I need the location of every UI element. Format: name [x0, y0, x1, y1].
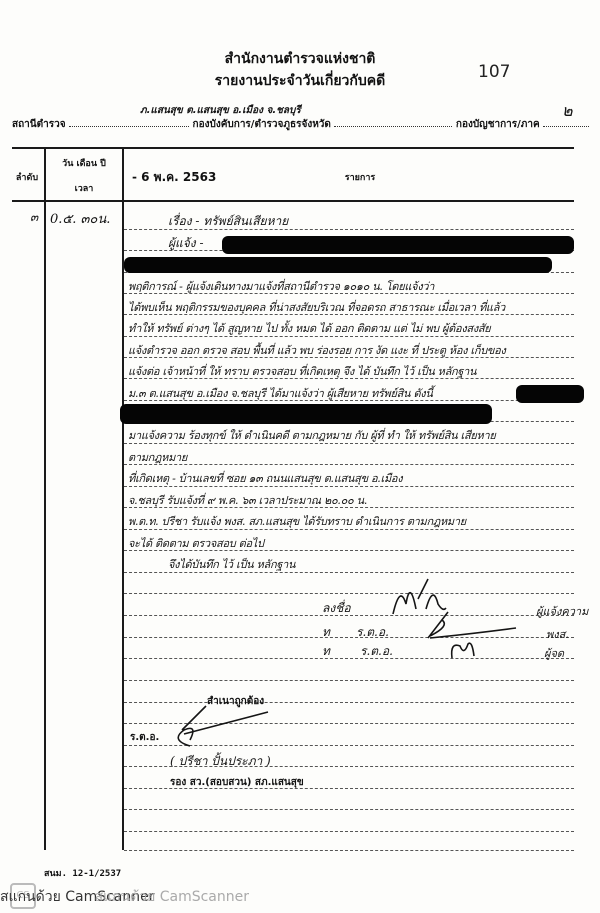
- redaction-suspect: [516, 385, 584, 403]
- station-label: สถานีตำรวจ: [12, 119, 66, 130]
- date-value: - 6 พ.ค. 2563: [132, 168, 216, 187]
- officer-position: รอง สว.(สอบสวน) สภ.แสนสุข: [170, 775, 304, 790]
- entry-line: แจ้งต่อ เจ้าหน้าที่ ให้ ทราบ ตรวจสอบ ที่…: [128, 362, 578, 380]
- rank1-prefix: ท: [322, 623, 330, 642]
- entry-line: จ.ชลบุรี รับแจ้งที่ ๙ พ.ค. ๖๓ เวลาประมาณ…: [128, 491, 578, 509]
- certifier-signature: [160, 700, 270, 750]
- reporter-label: ผู้แจ้ง -: [168, 234, 204, 253]
- entry-subject: เรื่อง - ทรัพย์สินเสียหาย: [168, 212, 288, 231]
- entry-line: ทำให้ ทรัพย์ ต่างๆ ได้ สูญหาย ไป ทั้ง หม…: [128, 319, 578, 337]
- entry-line: จะได้ ติดตาม ตรวจสอบ ต่อไป: [128, 534, 578, 552]
- entry-line: พฤติการณ์ - ผู้แจ้งเดินทางมาแจ้งที่สถานี…: [128, 277, 578, 295]
- page-number: 107: [478, 62, 510, 82]
- ruled-line: [124, 831, 574, 832]
- rank1: ร.ต.อ.: [356, 623, 389, 642]
- form-code: สนม. 12-1/2537: [44, 866, 121, 880]
- entry-line: ตามกฎหมาย: [128, 448, 578, 466]
- ruled-line: [124, 593, 574, 594]
- watermark-ghost-text: สแกนด้วย CamScanner: [95, 889, 250, 905]
- role2: ผู้จด: [544, 644, 564, 662]
- signed-label: ลงชื่อ: [322, 599, 351, 618]
- rank2-prefix: ท: [322, 642, 330, 661]
- provincial-label: กองบังคับการ/ตำรวจภูธรจังหวัด: [193, 119, 331, 130]
- table-top-border: [12, 147, 574, 149]
- provincial-dots: [334, 117, 452, 127]
- entry-line: แจ้งตำรวจ ออก ตรวจ สอบ พื้นที่ แล้ว พบ ร…: [128, 341, 578, 359]
- col-date-header-1: วัน เดือน ปี: [46, 156, 122, 170]
- officer-name: ( ปรีชา ปั้นประภา ): [170, 752, 271, 771]
- table-header-border: [12, 200, 574, 202]
- redaction-reporter-address: [124, 257, 552, 273]
- redaction-victim-details: [120, 404, 492, 424]
- entry-time: 0.๕. ๓๐น.: [50, 208, 110, 229]
- entry-line: จึงได้บันทึก ไว้ เป็น หลักฐาน: [168, 555, 600, 573]
- officer-rank: ร.ต.อ.: [130, 730, 159, 745]
- entry-line: ได้พบเห็น พฤติกรรมของบุคคล ที่น่าสงสัยบร…: [128, 298, 578, 316]
- entry-line: ที่เกิดเหตุ - บ้านเลขที่ ซอย ๑๓ ถนนแสนสุ…: [128, 469, 578, 487]
- station-dots: [69, 117, 189, 127]
- camscanner-watermark: สแกนด้วย CamScannerสแกนด้วย CamScanner: [0, 886, 249, 908]
- col-seq-header: ลำดับ: [10, 170, 44, 184]
- entry-line: ม.๓ ต.แสนสุข อ.เมือง จ.ชลบุรี ได้มาแจ้งว…: [128, 384, 518, 402]
- rank2: ร.ต.อ.: [360, 642, 393, 661]
- col-items-header: รายการ: [330, 170, 390, 184]
- role1: พงส.: [546, 625, 569, 643]
- ruled-line: [124, 809, 574, 810]
- entry-line: พ.ต.ท. ปรีชา รับแจ้ง พงส. สภ.แสนสุข ได้ร…: [128, 512, 578, 530]
- station-row: สถานีตำรวจ กองบังคับการ/ตำรวจภูธรจังหวัด…: [12, 117, 592, 132]
- entry-line: มาแจ้งความ ร้องทุกข์ ให้ ดำเนินคดี ตามกฎ…: [128, 426, 578, 444]
- ruled-line: [124, 658, 574, 659]
- recorder-signature: [448, 636, 478, 662]
- col-divider-1: [44, 147, 46, 850]
- entry-seq: ๓: [30, 208, 38, 227]
- col-date-header-2: เวลา: [46, 181, 122, 195]
- region-label: กองบัญชาการ/ภาค: [456, 119, 540, 130]
- station-handwritten: ภ.แสนสุข ต.แสนสุข อ.เมือง จ.ชลบุรี: [140, 103, 301, 118]
- reporter-title: ผู้แจ้งความ: [536, 602, 588, 620]
- ruled-line: [124, 680, 574, 681]
- redaction-reporter-name: [222, 236, 574, 254]
- ruled-line: [124, 850, 574, 851]
- region-value: ๒: [562, 99, 573, 124]
